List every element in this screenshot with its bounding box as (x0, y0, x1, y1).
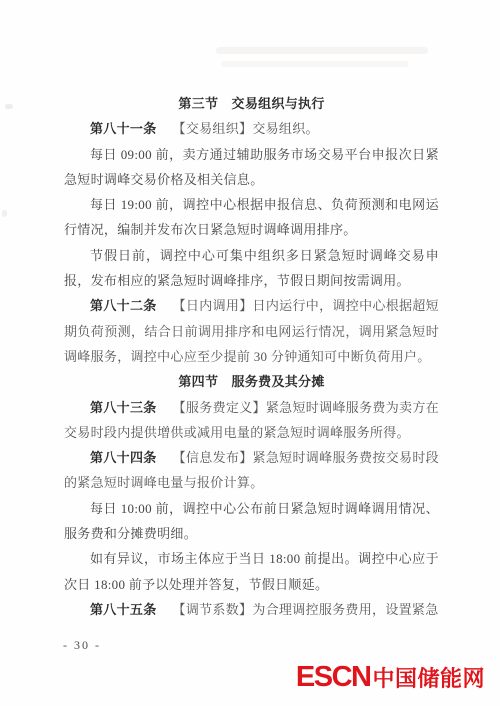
body-paragraph: 每日 10:00 前，调控中心公布前日紧急短时调峰调用情况、服务费和分摊费明细。 (64, 496, 439, 547)
escn-logo-latin: ESCN (296, 661, 371, 694)
scan-noise (221, 61, 409, 67)
article-number: 第八十一条 (90, 121, 157, 136)
article-text: 【交易组织】交易组织。 (173, 121, 319, 136)
article-text: 【调节系数】为合理调控服务费用，设置紧急 (173, 602, 439, 617)
article-number: 第八十二条 (90, 298, 157, 313)
document-page: 第三节 交易组织与执行第八十一条【交易组织】交易组织。每日 09:00 前，卖方… (0, 0, 500, 706)
article-number: 第八十三条 (90, 400, 157, 415)
page-number: - 30 - (63, 638, 101, 653)
scan-noise (216, 47, 428, 54)
body-paragraph: 每日 09:00 前，卖方通过辅助服务市场交易平台申报次日紧急短时调峰交易价格及… (64, 142, 439, 193)
section-heading: 第三节 交易组织与执行 (64, 91, 439, 116)
article-number: 第八十四条 (90, 450, 157, 465)
body-paragraph: 如有异议，市场主体应于当日 18:00 前提出。调控中心应于次日 18:00 前… (64, 546, 439, 597)
article-paragraph: 第八十五条【调节系数】为合理调控服务费用，设置紧急 (64, 597, 439, 622)
escn-watermark-logo: ESCN 中国储能网 (296, 661, 485, 694)
article-number: 第八十五条 (90, 602, 157, 617)
article-paragraph: 第八十四条【信息发布】紧急短时调峰服务费按交易时段的紧急短时调峰电量与报价计算。 (64, 445, 439, 496)
escn-logo-cjk: 中国储能网 (372, 662, 485, 693)
article-paragraph: 第八十二条【日内调用】日内运行中，调控中心根据超短期负荷预测，结合日前调用排序和… (64, 293, 439, 369)
scan-noise (5, 104, 13, 109)
scan-noise (2, 210, 7, 217)
article-paragraph: 第八十一条【交易组织】交易组织。 (64, 116, 439, 141)
body-paragraph: 每日 19:00 前，调控中心根据申报信息、负荷预测和电网运行情况，编制并发布次… (64, 192, 439, 243)
text-block: 第三节 交易组织与执行第八十一条【交易组织】交易组织。每日 09:00 前，卖方… (64, 91, 439, 622)
article-paragraph: 第八十三条【服务费定义】紧急短时调峰服务费为卖方在交易时段内提供增供或减用电量的… (64, 395, 439, 446)
body-paragraph: 节假日前，调控中心可集中组织多日紧急短时调峰交易申报，发布相应的紧急短时调峰排序… (64, 243, 439, 294)
section-heading: 第四节 服务费及其分摊 (64, 369, 439, 394)
